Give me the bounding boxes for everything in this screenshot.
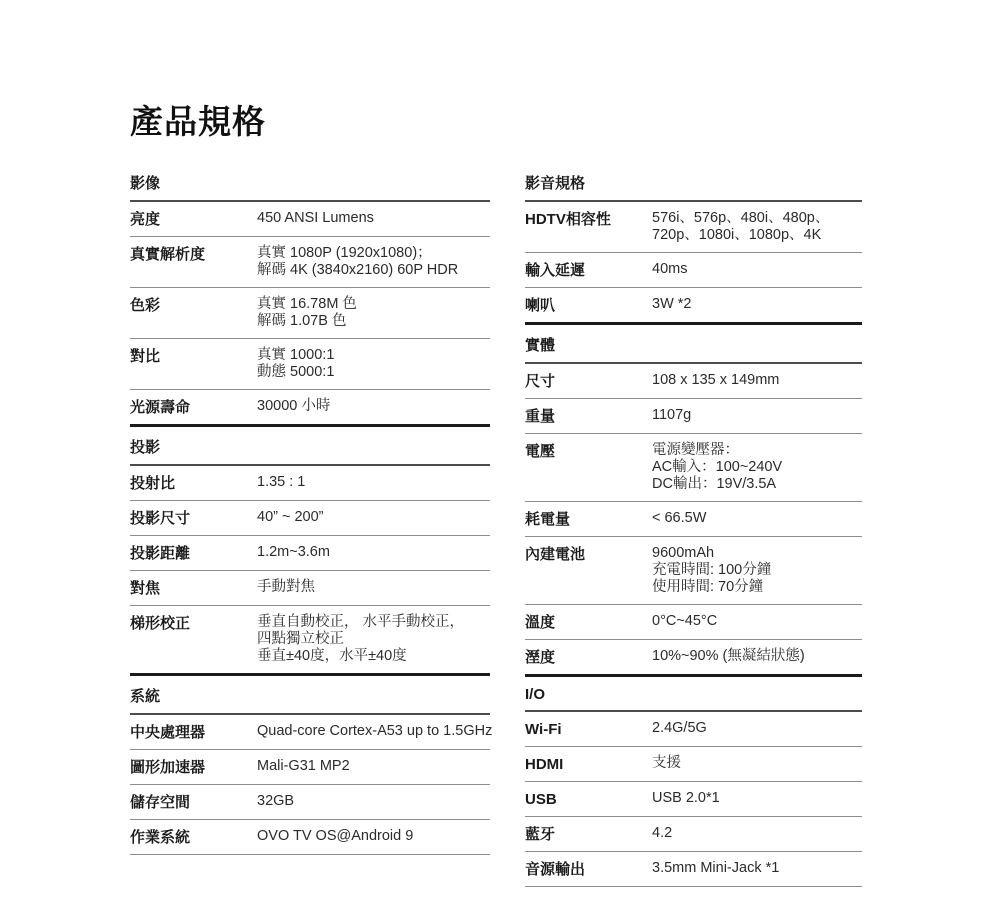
spec-row-light-life: 光源壽命 30000 小時 xyxy=(130,390,490,424)
spec-value: 10%~90% (無凝結狀態) xyxy=(652,648,862,666)
spec-label: 輸入延遲 xyxy=(525,261,652,279)
spec-row-focus: 對焦 手動對焦 xyxy=(130,571,490,606)
spec-value-line: 垂直自動校正， 水平手動校正， xyxy=(257,614,490,631)
spec-row-humidity: 溼度 10%~90% (無凝結狀態) xyxy=(525,640,862,674)
section-system: 系統 中央處理器 Quad-core Cortex-A53 up to 1.5G… xyxy=(130,673,490,855)
section-header: I/O xyxy=(525,677,862,712)
spec-columns: 影像 亮度 450 ANSI Lumens 真實解析度 真實 1080P (19… xyxy=(130,163,1000,887)
spec-row-speaker: 喇叭 3W *2 xyxy=(525,288,862,322)
spec-row-wifi: Wi-Fi 2.4G/5G xyxy=(525,712,862,747)
spec-row-color: 色彩 真實 16.78M 色 解碼 1.07B 色 xyxy=(130,288,490,339)
spec-value-line: 電源變壓器： xyxy=(652,442,862,459)
spec-value-line: 10%~90% (無凝結狀態) xyxy=(652,648,862,665)
spec-label: 投影尺寸 xyxy=(130,509,257,527)
spec-row-os: 作業系統 OVO TV OS@Android 9 xyxy=(130,820,490,855)
spec-value: 支援 xyxy=(652,755,862,773)
spec-value-line: 40” ~ 200” xyxy=(257,509,490,526)
spec-value: < 66.5W xyxy=(652,510,862,528)
section-projection: 投影 投射比 1.35 : 1 投影尺寸 40” ~ 200” 投影距離 xyxy=(130,424,490,673)
spec-value: 1.2m~3.6m xyxy=(257,544,490,562)
spec-row-storage: 儲存空間 32GB xyxy=(130,785,490,820)
spec-label: 作業系統 xyxy=(130,828,257,846)
spec-label: 耗電量 xyxy=(525,510,652,528)
spec-label: HDTV相容性 xyxy=(525,210,652,244)
spec-row-voltage: 電壓 電源變壓器： AC輸入：100~240V DC輸出：19V/3.5A xyxy=(525,434,862,502)
left-column: 影像 亮度 450 ANSI Lumens 真實解析度 真實 1080P (19… xyxy=(130,163,490,855)
spec-value-line: 支援 xyxy=(652,755,862,772)
section-header: 影音規格 xyxy=(525,163,862,202)
spec-label: 中央處理器 xyxy=(130,723,257,741)
spec-label: 喇叭 xyxy=(525,296,652,314)
spec-label: HDMI xyxy=(525,755,652,773)
spec-label: 對焦 xyxy=(130,579,257,597)
spec-row-input-lag: 輸入延遲 40ms xyxy=(525,253,862,288)
spec-value-line: 真實 16.78M 色 xyxy=(257,296,490,313)
spec-value-line: 1107g xyxy=(652,407,862,424)
section-header: 系統 xyxy=(130,676,490,715)
spec-label: 重量 xyxy=(525,407,652,425)
spec-value-line: 真實 1080P (1920x1080)； xyxy=(257,245,490,262)
spec-row-weight: 重量 1107g xyxy=(525,399,862,434)
spec-value-line: 四點獨立校正 xyxy=(257,631,490,648)
spec-label: 內建電池 xyxy=(525,545,652,596)
spec-label: 真實解析度 xyxy=(130,245,257,279)
spec-row-audio-out: 音源輸出 3.5mm Mini-Jack *1 xyxy=(525,852,862,887)
spec-label: 溫度 xyxy=(525,613,652,631)
spec-row-keystone: 梯形校正 垂直自動校正， 水平手動校正， 四點獨立校正 垂直±40度，水平±40… xyxy=(130,606,490,673)
spec-value: 垂直自動校正， 水平手動校正， 四點獨立校正 垂直±40度，水平±40度 xyxy=(257,614,490,665)
spec-value: 9600mAh 充電時間: 100分鐘 使用時間: 70分鐘 xyxy=(652,545,862,596)
spec-value-line: USB 2.0*1 xyxy=(652,790,862,807)
section-physical: 實體 尺寸 108 x 135 x 149mm 重量 1107g 電壓 xyxy=(525,322,862,674)
spec-value-line: 9600mAh xyxy=(652,545,862,562)
spec-label: 電壓 xyxy=(525,442,652,493)
spec-row-battery: 內建電池 9600mAh 充電時間: 100分鐘 使用時間: 70分鐘 xyxy=(525,537,862,605)
spec-value-line: Mali-G31 MP2 xyxy=(257,758,490,775)
spec-value: OVO TV OS@Android 9 xyxy=(257,828,490,846)
right-column: 影音規格 HDTV相容性 576i、576p、480i、480p、 720p、1… xyxy=(525,163,862,887)
spec-value: 4.2 xyxy=(652,825,862,843)
spec-row-hdmi: HDMI 支援 xyxy=(525,747,862,782)
spec-value-line: AC輸入：100~240V xyxy=(652,459,862,476)
spec-value-line: 1.2m~3.6m xyxy=(257,544,490,561)
spec-value-line: 40ms xyxy=(652,261,862,278)
spec-value: 40ms xyxy=(652,261,862,279)
spec-value-line: OVO TV OS@Android 9 xyxy=(257,828,490,845)
spec-value-line: 3W *2 xyxy=(652,296,862,313)
spec-value: 2.4G/5G xyxy=(652,720,862,738)
spec-label: 圖形加速器 xyxy=(130,758,257,776)
section-io: I/O Wi-Fi 2.4G/5G HDMI 支援 USB USB xyxy=(525,674,862,887)
spec-value-line: < 66.5W xyxy=(652,510,862,527)
spec-row-power-consumption: 耗電量 < 66.5W xyxy=(525,502,862,537)
spec-value-line: 0°C~45°C xyxy=(652,613,862,630)
spec-value: 1.35 : 1 xyxy=(257,474,490,492)
spec-value: Quad-core Cortex-A53 up to 1.5GHz xyxy=(257,723,492,741)
spec-value: 0°C~45°C xyxy=(652,613,862,631)
spec-value-line: 1.35 : 1 xyxy=(257,474,490,491)
spec-value: USB 2.0*1 xyxy=(652,790,862,808)
spec-value-line: DC輸出：19V/3.5A xyxy=(652,476,862,493)
spec-row-throw-ratio: 投射比 1.35 : 1 xyxy=(130,466,490,501)
spec-row-cpu: 中央處理器 Quad-core Cortex-A53 up to 1.5GHz xyxy=(130,715,490,750)
spec-value-line: 手動對焦 xyxy=(257,579,490,596)
section-image: 影像 亮度 450 ANSI Lumens 真實解析度 真實 1080P (19… xyxy=(130,163,490,424)
spec-value-line: 3.5mm Mini-Jack *1 xyxy=(652,860,862,877)
spec-label: 梯形校正 xyxy=(130,614,257,665)
spec-label: USB xyxy=(525,790,652,808)
page-title: 產品規格 xyxy=(130,96,1000,143)
spec-value: 1107g xyxy=(652,407,862,425)
spec-value-line: 垂直±40度，水平±40度 xyxy=(257,648,490,665)
spec-row-temperature: 溫度 0°C~45°C xyxy=(525,605,862,640)
spec-value-line: 108 x 135 x 149mm xyxy=(652,372,862,389)
spec-value-line: 動態 5000:1 xyxy=(257,364,490,381)
spec-label: 亮度 xyxy=(130,210,257,228)
spec-value-line: 576i、576p、480i、480p、 xyxy=(652,210,862,227)
spec-value: 真實 1000:1 動態 5000:1 xyxy=(257,347,490,381)
spec-value: 3W *2 xyxy=(652,296,862,314)
spec-row-gpu: 圖形加速器 Mali-G31 MP2 xyxy=(130,750,490,785)
spec-value: Mali-G31 MP2 xyxy=(257,758,490,776)
section-header: 實體 xyxy=(525,325,862,364)
spec-row-bluetooth: 藍牙 4.2 xyxy=(525,817,862,852)
spec-value: 32GB xyxy=(257,793,490,811)
spec-value-line: 2.4G/5G xyxy=(652,720,862,737)
spec-row-projection-size: 投影尺寸 40” ~ 200” xyxy=(130,501,490,536)
spec-label: Wi-Fi xyxy=(525,720,652,738)
spec-value-line: 30000 小時 xyxy=(257,398,490,415)
spec-row-projection-distance: 投影距離 1.2m~3.6m xyxy=(130,536,490,571)
spec-label: 投射比 xyxy=(130,474,257,492)
spec-label: 光源壽命 xyxy=(130,398,257,416)
section-header: 投影 xyxy=(130,427,490,466)
spec-row-dimensions: 尺寸 108 x 135 x 149mm xyxy=(525,364,862,399)
spec-value-line: 450 ANSI Lumens xyxy=(257,210,490,227)
spec-value-line: 充電時間: 100分鐘 xyxy=(652,562,862,579)
spec-value: 手動對焦 xyxy=(257,579,490,597)
spec-value: 電源變壓器： AC輸入：100~240V DC輸出：19V/3.5A xyxy=(652,442,862,493)
spec-value: 108 x 135 x 149mm xyxy=(652,372,862,390)
spec-label: 溼度 xyxy=(525,648,652,666)
spec-value: 450 ANSI Lumens xyxy=(257,210,490,228)
spec-value: 3.5mm Mini-Jack *1 xyxy=(652,860,862,878)
spec-label: 藍牙 xyxy=(525,825,652,843)
spec-value-line: 720p、1080i、1080p、4K xyxy=(652,227,862,244)
spec-row-resolution: 真實解析度 真實 1080P (1920x1080)； 解碼 4K (3840x… xyxy=(130,237,490,288)
spec-value: 真實 1080P (1920x1080)； 解碼 4K (3840x2160) … xyxy=(257,245,490,279)
spec-value-line: Quad-core Cortex-A53 up to 1.5GHz xyxy=(257,723,492,740)
spec-row-contrast: 對比 真實 1000:1 動態 5000:1 xyxy=(130,339,490,390)
spec-value: 30000 小時 xyxy=(257,398,490,416)
spec-label: 投影距離 xyxy=(130,544,257,562)
section-av-spec: 影音規格 HDTV相容性 576i、576p、480i、480p、 720p、1… xyxy=(525,163,862,322)
spec-page: 產品規格 影像 亮度 450 ANSI Lumens 真實解析度 真實 1080… xyxy=(0,0,1000,887)
spec-label: 色彩 xyxy=(130,296,257,330)
spec-value-line: 解碼 4K (3840x2160) 60P HDR xyxy=(257,262,490,279)
spec-label: 對比 xyxy=(130,347,257,381)
spec-label: 音源輸出 xyxy=(525,860,652,878)
spec-label: 尺寸 xyxy=(525,372,652,390)
spec-row-usb: USB USB 2.0*1 xyxy=(525,782,862,817)
spec-value: 576i、576p、480i、480p、 720p、1080i、1080p、4K xyxy=(652,210,862,244)
spec-value-line: 4.2 xyxy=(652,825,862,842)
section-header: 影像 xyxy=(130,163,490,202)
spec-value-line: 解碼 1.07B 色 xyxy=(257,313,490,330)
spec-value-line: 32GB xyxy=(257,793,490,810)
spec-row-hdtv: HDTV相容性 576i、576p、480i、480p、 720p、1080i、… xyxy=(525,202,862,253)
spec-label: 儲存空間 xyxy=(130,793,257,811)
spec-value: 40” ~ 200” xyxy=(257,509,490,527)
spec-value-line: 使用時間: 70分鐘 xyxy=(652,579,862,596)
spec-value: 真實 16.78M 色 解碼 1.07B 色 xyxy=(257,296,490,330)
spec-row-brightness: 亮度 450 ANSI Lumens xyxy=(130,202,490,237)
spec-value-line: 真實 1000:1 xyxy=(257,347,490,364)
